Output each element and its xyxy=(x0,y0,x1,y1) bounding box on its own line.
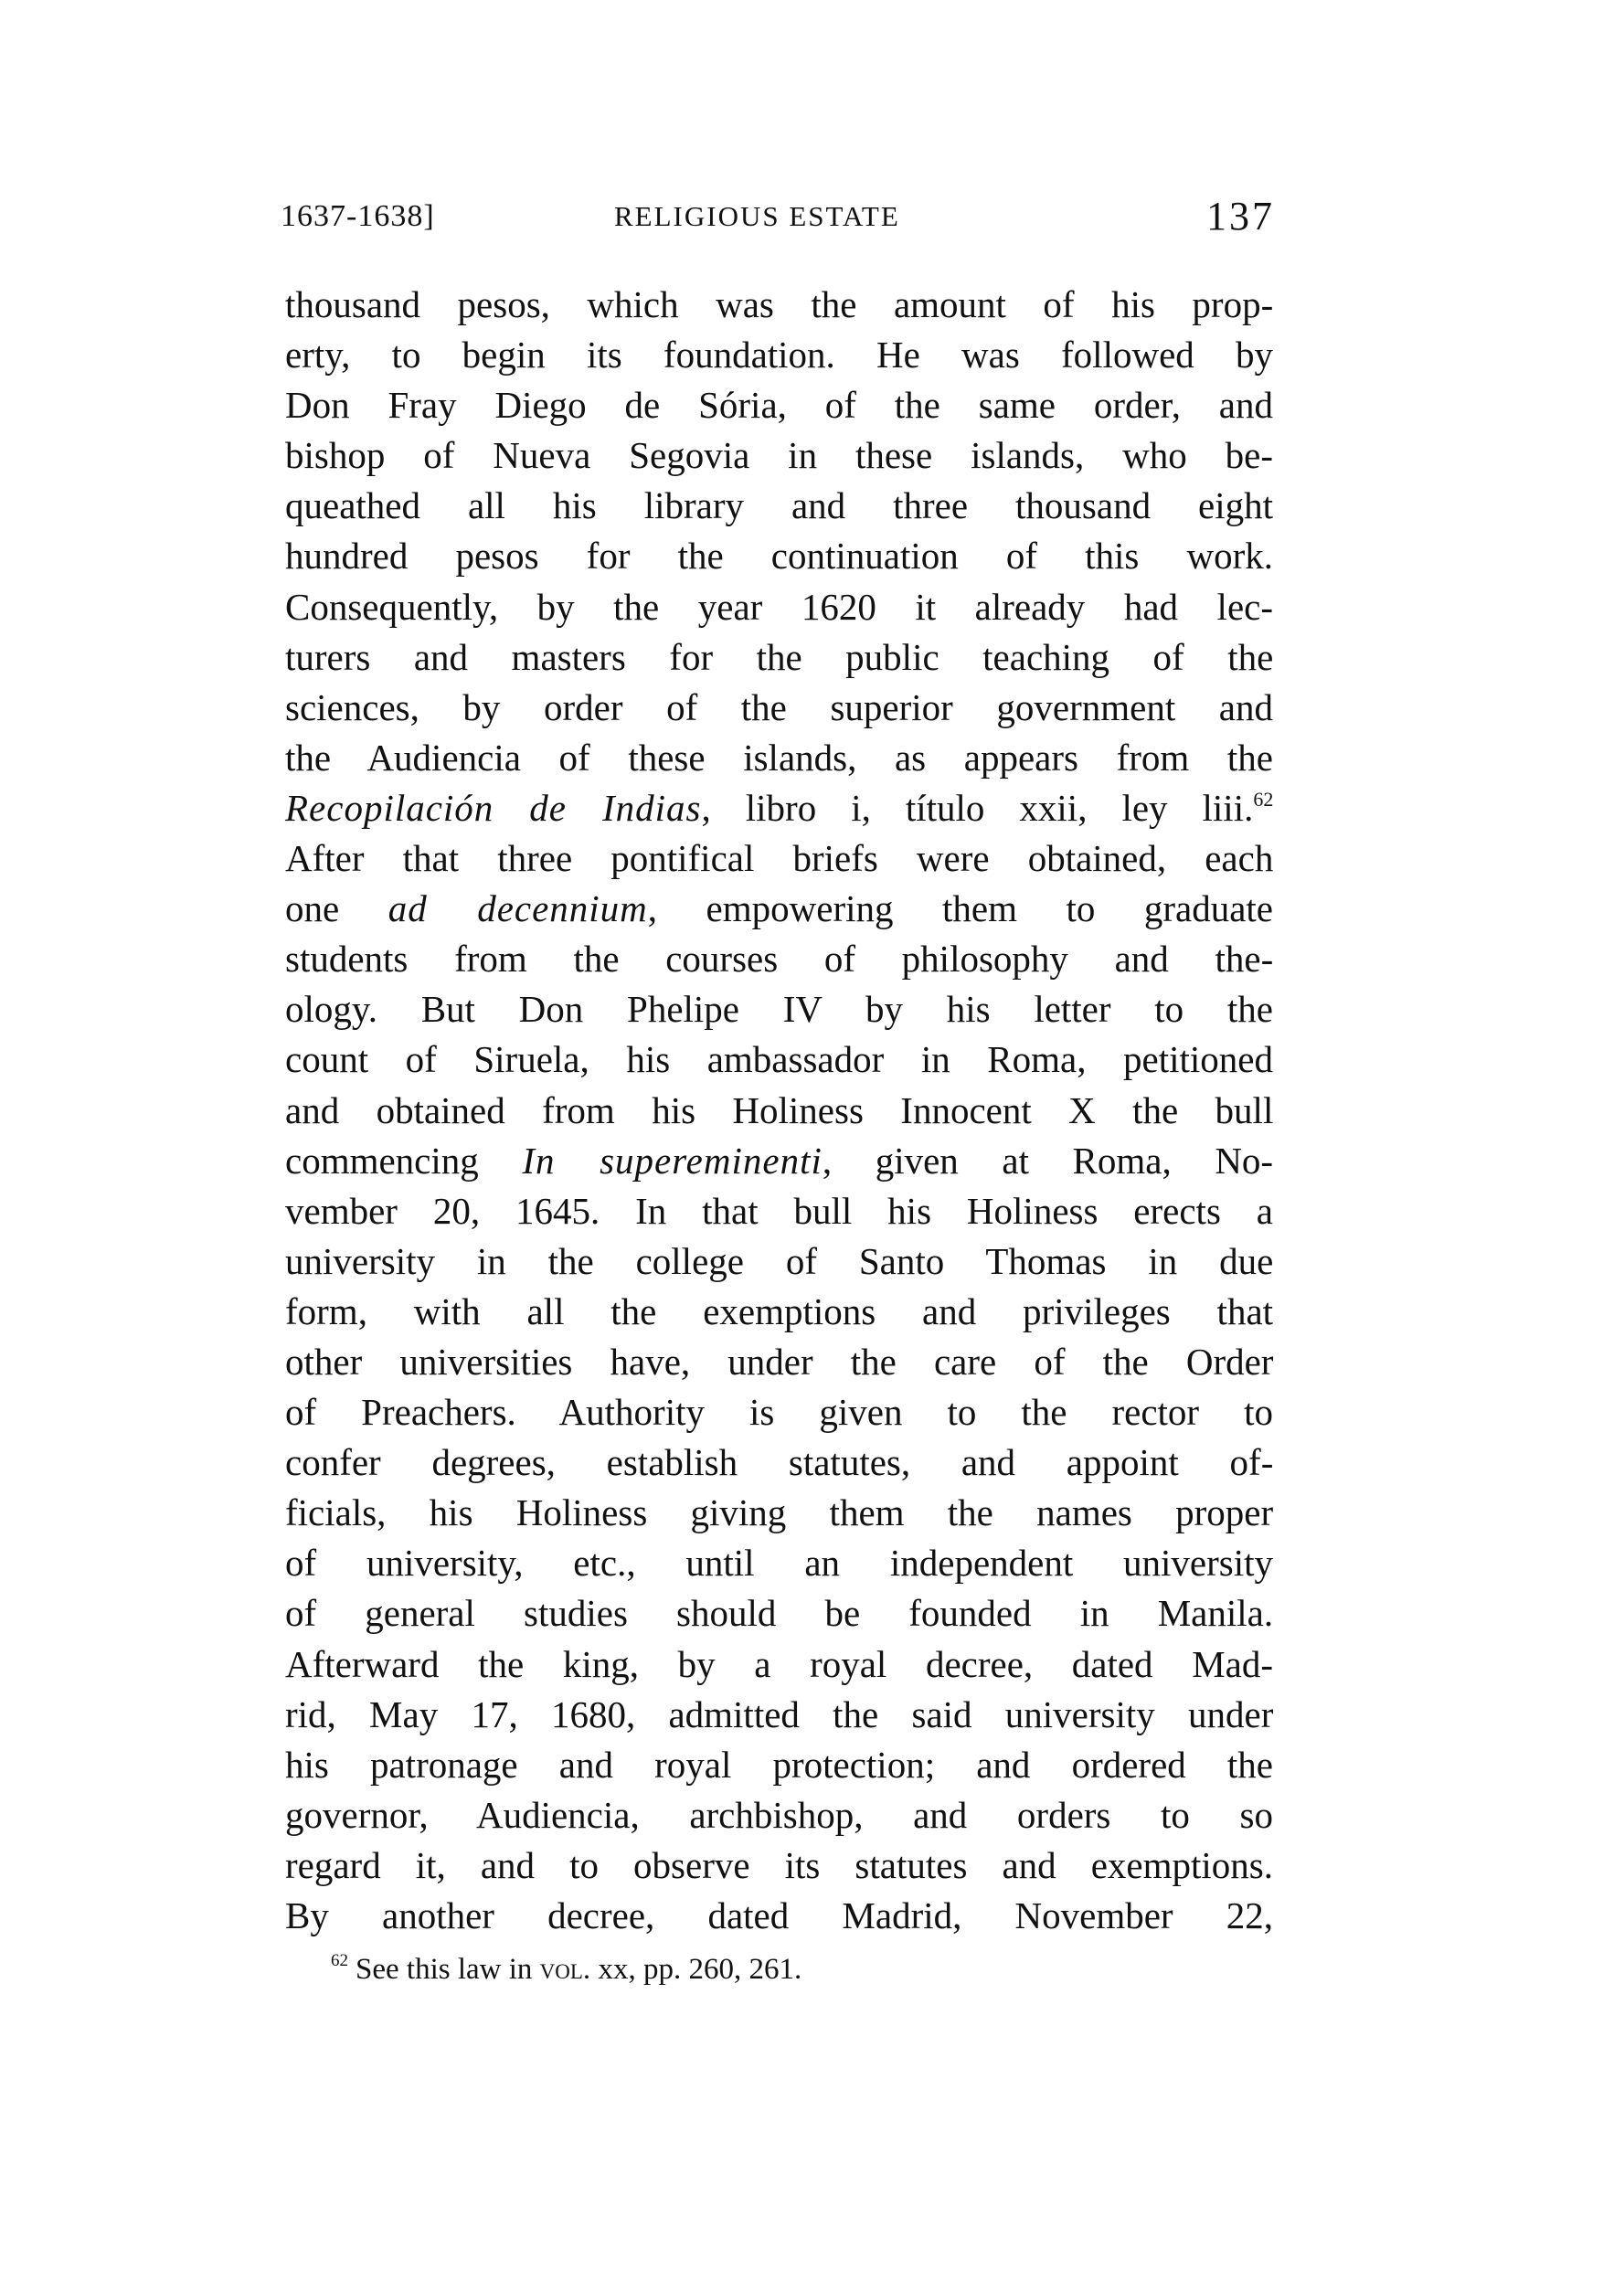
text-segment: regard it, and to observe its statutes a… xyxy=(285,1844,1273,1886)
text-line: queathed all his library and three thous… xyxy=(285,481,1273,531)
text-segment: bishop of Nueva Segovia in these islands… xyxy=(285,434,1273,476)
text-line: erty, to begin its foundation. He was fo… xyxy=(285,330,1273,380)
text-line: turers and masters for the public teachi… xyxy=(285,632,1273,683)
text-line: ficials, his Holiness giving them the na… xyxy=(285,1488,1273,1538)
text-line: students from the courses of philosophy … xyxy=(285,934,1273,984)
text-segment: rid, May 17, 1680, admitted the said uni… xyxy=(285,1693,1273,1735)
date-range: 1637-1638] xyxy=(281,194,435,239)
text-line: and obtained from his Holiness Innocent … xyxy=(285,1086,1273,1136)
text-segment: the Audiencia of these islands, as appea… xyxy=(285,737,1273,779)
text-segment: sciences, by order of the superior gover… xyxy=(285,686,1273,728)
text-segment: , empowering them to graduate xyxy=(648,887,1273,929)
text-line: Don Fray Diego de Sória, of the same ord… xyxy=(285,380,1273,430)
text-line: Consequently, by the year 1620 it alread… xyxy=(285,582,1273,632)
text-line: After that three pontifical briefs were … xyxy=(285,833,1273,884)
italic-title: Recopilación de Indias xyxy=(285,787,702,829)
text-segment: of university, etc., until an independen… xyxy=(285,1542,1273,1584)
text-line: sciences, by order of the superior gover… xyxy=(285,683,1273,733)
text-segment: Afterward the king, by a royal decree, d… xyxy=(285,1643,1273,1685)
text-segment: his patronage and royal protection; and … xyxy=(285,1744,1273,1786)
running-head: 1637-1638] RELIGIOUS ESTATE 137 xyxy=(281,194,1275,239)
text-line: one ad decennium, empowering them to gra… xyxy=(285,884,1273,934)
text-segment: other universities have, under the care … xyxy=(285,1341,1273,1383)
book-page: 1637-1638] RELIGIOUS ESTATE 137 thousand… xyxy=(0,0,1624,2270)
footnote-text-after: xx, pp. 260, 261. xyxy=(590,1953,801,1986)
text-segment: Consequently, by the year 1620 it alread… xyxy=(285,586,1273,628)
footnote-text-before: See this law in xyxy=(356,1953,540,1986)
text-line: count of Siruela, his ambassador in Roma… xyxy=(285,1034,1273,1085)
text-segment: turers and masters for the public teachi… xyxy=(285,636,1273,678)
text-line: other universities have, under the care … xyxy=(285,1337,1273,1387)
footnote-reference: 62 xyxy=(1253,788,1273,811)
text-line: of university, etc., until an independen… xyxy=(285,1538,1273,1588)
text-line: Afterward the king, by a royal decree, d… xyxy=(285,1639,1273,1690)
text-line: of general studies should be founded in … xyxy=(285,1588,1273,1639)
italic-title: ad decennium xyxy=(388,887,648,929)
page-number: 137 xyxy=(1206,194,1275,239)
text-segment: , given at Roma, No- xyxy=(823,1140,1273,1182)
text-segment: queathed all his library and three thous… xyxy=(285,484,1273,526)
text-line: regard it, and to observe its statutes a… xyxy=(285,1840,1273,1891)
text-line: ology. But Don Phelipe IV by his letter … xyxy=(285,984,1273,1034)
text-segment: university in the college of Santo Thoma… xyxy=(285,1240,1273,1282)
text-line: hundred pesos for the continuation of th… xyxy=(285,531,1273,581)
text-line: governor, Audiencia, archbishop, and ord… xyxy=(285,1790,1273,1840)
text-line: of Preachers. Authority is given to the … xyxy=(285,1387,1273,1437)
chapter-title: RELIGIOUS ESTATE xyxy=(614,194,900,239)
footnote-marker: 62 xyxy=(331,1951,348,1970)
text-segment: and obtained from his Holiness Innocent … xyxy=(285,1089,1273,1131)
text-line: thousand pesos, which was the amount of … xyxy=(285,280,1273,330)
footnote: 62See this law in vol. xx, pp. 260, 261. xyxy=(331,1941,1153,1989)
text-segment: ficials, his Holiness giving them the na… xyxy=(285,1491,1273,1533)
text-line: By another decree, dated Madrid, Novembe… xyxy=(285,1891,1273,1941)
body-text: thousand pesos, which was the amount of … xyxy=(285,280,1273,1941)
text-segment: After that three pontifical briefs were … xyxy=(285,837,1273,879)
text-segment: ology. But Don Phelipe IV by his letter … xyxy=(285,988,1273,1030)
text-segment: students from the courses of philosophy … xyxy=(285,938,1273,980)
text-line: his patronage and royal protection; and … xyxy=(285,1740,1273,1790)
text-line: the Audiencia of these islands, as appea… xyxy=(285,733,1273,783)
text-line: university in the college of Santo Thoma… xyxy=(285,1236,1273,1287)
text-segment: erty, to begin its foundation. He was fo… xyxy=(285,334,1273,376)
text-segment: one xyxy=(285,887,388,929)
footnote-volume-abbrev: vol. xyxy=(540,1953,591,1986)
text-segment: confer degrees, establish statutes, and … xyxy=(285,1441,1273,1483)
text-segment: thousand pesos, which was the amount of … xyxy=(285,283,1273,325)
text-segment: vember 20, 1645. In that bull his Holine… xyxy=(285,1190,1273,1232)
text-line: vember 20, 1645. In that bull his Holine… xyxy=(285,1186,1273,1236)
text-line: commencing In supereminenti, given at Ro… xyxy=(285,1136,1273,1186)
text-segment: of general studies should be founded in … xyxy=(285,1592,1273,1634)
text-segment: commencing xyxy=(285,1140,522,1182)
text-line: rid, May 17, 1680, admitted the said uni… xyxy=(285,1690,1273,1740)
text-segment: count of Siruela, his ambassador in Roma… xyxy=(285,1038,1273,1080)
text-segment: of Preachers. Authority is given to the … xyxy=(285,1391,1273,1433)
text-line: Recopilación de Indias, libro i, título … xyxy=(285,783,1273,833)
text-line: bishop of Nueva Segovia in these islands… xyxy=(285,430,1273,481)
text-segment: , libro i, título xxii, ley liii. xyxy=(702,787,1254,829)
text-segment: hundred pesos for the continuation of th… xyxy=(285,535,1273,577)
text-segment: form, with all the exemptions and privil… xyxy=(285,1290,1273,1332)
text-segment: governor, Audiencia, archbishop, and ord… xyxy=(285,1794,1273,1836)
text-segment: By another decree, dated Madrid, Novembe… xyxy=(285,1894,1273,1936)
text-line: confer degrees, establish statutes, and … xyxy=(285,1437,1273,1488)
text-line: form, with all the exemptions and privil… xyxy=(285,1287,1273,1337)
text-segment: Don Fray Diego de Sória, of the same ord… xyxy=(285,384,1273,426)
italic-title: In supereminenti xyxy=(522,1140,823,1182)
